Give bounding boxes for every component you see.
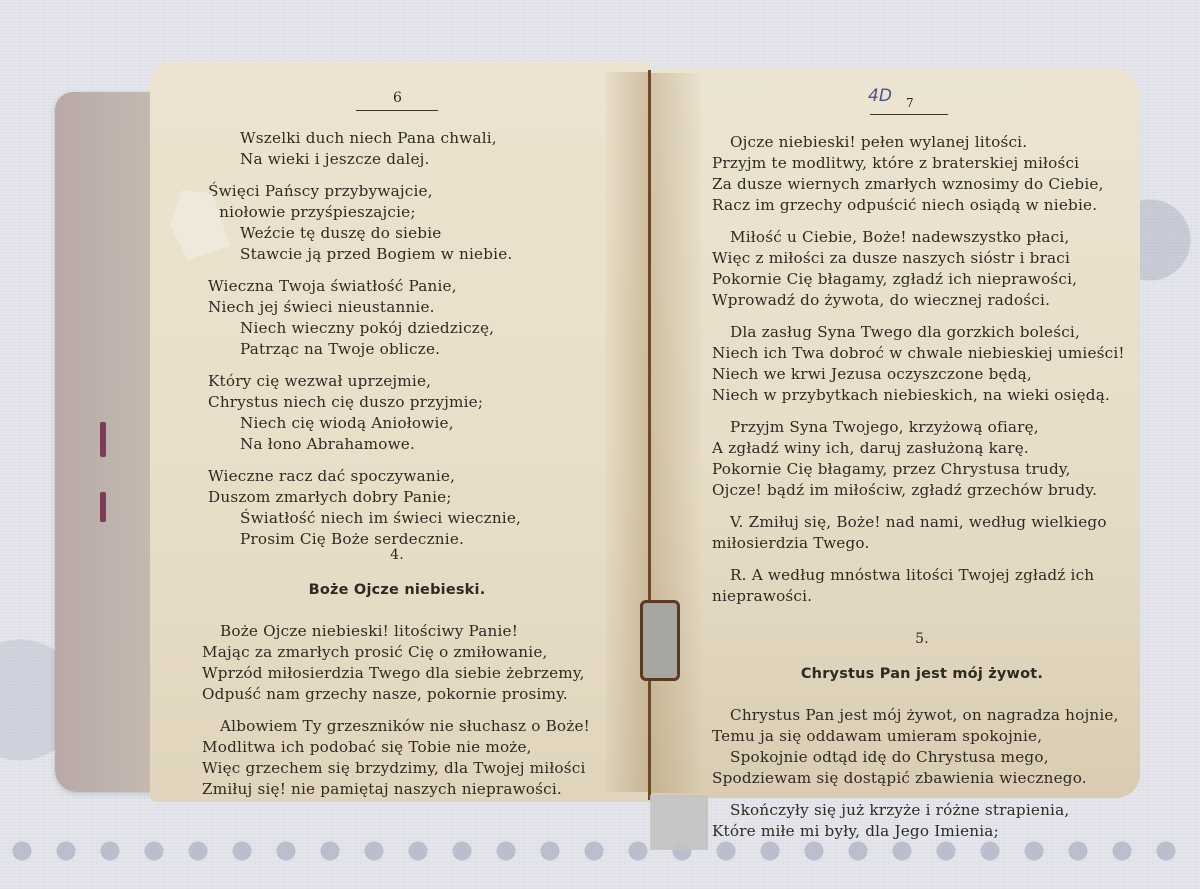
response-line: R. A według mnóstwa litości Twojej zgład…	[712, 565, 1132, 586]
verse-line: Duszom zmarłych dobry Panie;	[208, 487, 620, 508]
hymn-number: 5.	[712, 629, 1132, 650]
hymn-title: Boże Ojcze niebieski.	[202, 580, 592, 601]
versicle-line: V. Zmiłuj się, Boże! nad nami, według wi…	[712, 512, 1132, 533]
verse-line: Patrząc na Twoje oblicze.	[208, 339, 620, 360]
verse-line: Więc z miłości za dusze naszych sióstr i…	[712, 248, 1132, 269]
verse-line: Ojcze niebieski! pełen wylanej litości.	[712, 132, 1132, 153]
header-rule	[356, 110, 438, 111]
verse-line: Chrystus Pan jest mój żywot, on nagradza…	[712, 705, 1132, 726]
versicle-line: miłosierdzia Twego.	[712, 533, 1132, 554]
verse-line: A zgładź winy ich, daruj zasłużoną karę.	[712, 438, 1132, 459]
stanza: Boże Ojcze niebieski! litościwy Panie! M…	[202, 621, 592, 705]
verse-line: Ojcze! bądź im miłościw, zgładź grzechów…	[712, 480, 1132, 501]
versicle: V. Zmiłuj się, Boże! nad nami, według wi…	[712, 512, 1132, 554]
verse-line: Na wieki i jeszcze dalej.	[240, 149, 620, 170]
response: R. A według mnóstwa litości Twojej zgład…	[712, 565, 1132, 607]
verse-line: Racz im grzechy odpuścić niech osiądą w …	[712, 195, 1132, 216]
handwritten-note: 4D	[868, 86, 892, 106]
verse-line: Stawcie ją przed Bogiem w niebie.	[208, 244, 620, 265]
verse-line: Zmiłuj się! nie pamiętaj naszych niepraw…	[202, 779, 592, 800]
stanza: Przyjm Syna Twojego, krzyżową ofiarę, A …	[712, 417, 1132, 501]
verse-line: Modlitwa ich podobać się Tobie nie może,	[202, 737, 592, 758]
verse-line: Pokornie Cię błagamy, zgładź ich niepraw…	[712, 269, 1132, 290]
verse-line: Niech ich Twa dobroć w chwale niebieskie…	[712, 343, 1132, 364]
verse-line: Wieczna Twoja światłość Panie,	[208, 276, 620, 297]
verse-line: Niech we krwi Jezusa oczyszczone będą,	[712, 364, 1132, 385]
verse-line: Chrystus niech cię duszo przyjmie;	[208, 392, 620, 413]
verse-line: Dla zasług Syna Twego dla gorzkich boleś…	[712, 322, 1132, 343]
verse-line: Niech jej świeci nieustannie.	[208, 297, 620, 318]
verse-line: Odpuść nam grzechy nasze, pokornie prosi…	[202, 684, 592, 705]
page-number: 7	[906, 96, 914, 110]
verse-line: Wieczne racz dać spoczywanie,	[208, 466, 620, 487]
verse-line: Na łono Abrahamowe.	[208, 434, 620, 455]
hymn-title: Chrystus Pan jest mój żywot.	[712, 664, 1132, 685]
verse-line: Niech cię wiodą Aniołowie,	[208, 413, 620, 434]
stanza: Który cię wezwał uprzejmie, Chrystus nie…	[208, 371, 620, 455]
verse-line: Boże Ojcze niebieski! litościwy Panie!	[202, 621, 592, 642]
repair-tape	[640, 600, 680, 681]
header-rule	[870, 114, 948, 115]
response-line: nieprawości.	[712, 586, 1132, 607]
verse-line: Wprowadź do żywota, do wiecznej radości.	[712, 290, 1132, 311]
right-page: 4D 7 Ojcze niebieski! pełen wylanej lito…	[650, 68, 1140, 798]
hymn-4: 4. Boże Ojcze niebieski. Boże Ojcze nieb…	[202, 517, 592, 811]
tape-tab	[650, 795, 708, 850]
verse-line: Które miłe mi były, dla Jego Imienia;	[712, 821, 1132, 842]
verse-line: Skończyły się już krzyże i różne strapie…	[712, 800, 1132, 821]
verse-line: Miłość u Ciebie, Boże! nadewszystko płac…	[712, 227, 1132, 248]
stanza: Święci Pańscy przybywajcie, Aniołowie pr…	[208, 181, 620, 265]
left-page: 6 Wszelki duch niech Pana chwali, Na wie…	[150, 62, 650, 802]
verse-line: Niech wieczny pokój dziedziczę,	[208, 318, 620, 339]
stanza: Wieczna Twoja światłość Panie, Niech jej…	[208, 276, 620, 360]
verse-line: Temu ja się oddawam umieram spokojnie,	[712, 726, 1132, 747]
verse-line: Mając za zmarłych prosić Cię o zmiłowani…	[202, 642, 592, 663]
verse-line: Spodziewam się dostąpić zbawienia wieczn…	[712, 768, 1132, 789]
verse-line: Który cię wezwał uprzejmie,	[208, 371, 620, 392]
poem-body: Wszelki duch niech Pana chwali, Na wieki…	[240, 128, 620, 561]
stanza: Ojcze niebieski! pełen wylanej litości. …	[712, 132, 1132, 216]
verse-line: Wszelki duch niech Pana chwali,	[240, 128, 620, 149]
verse-line: Pokornie Cię błagamy, przez Chrystusa tr…	[712, 459, 1132, 480]
verse-line: Wprzód miłosierdzia Twego dla siebie żeb…	[202, 663, 592, 684]
verse-line: Spokojnie odtąd idę do Chrystusa mego,	[712, 747, 1132, 768]
verse-line: Więc grzechem się brzydzimy, dla Twojej …	[202, 758, 592, 779]
hymn-number: 4.	[202, 545, 592, 566]
verse-line: Święci Pańscy przybywajcie,	[208, 181, 620, 202]
verse-line: Weźcie tę duszę do siebie	[208, 223, 620, 244]
verse-line: Przyjm te modlitwy, które z braterskiej …	[712, 153, 1132, 174]
verse-line: Aniołowie przyśpieszajcie;	[208, 202, 620, 223]
verse-line: Albowiem Ty grzeszników nie słuchasz o B…	[202, 716, 592, 737]
ink-stain	[100, 492, 106, 522]
stanza: Chrystus Pan jest mój żywot, on nagradza…	[712, 705, 1132, 789]
stanza: Wszelki duch niech Pana chwali, Na wieki…	[240, 128, 620, 170]
stanza: Dla zasług Syna Twego dla gorzkich boleś…	[712, 322, 1132, 406]
book-spine	[648, 70, 651, 800]
stanza: Miłość u Ciebie, Boże! nadewszystko płac…	[712, 227, 1132, 311]
gutter-shadow	[650, 73, 700, 793]
verse-line: Przyjm Syna Twojego, krzyżową ofiarę,	[712, 417, 1132, 438]
prayer-body: Ojcze niebieski! pełen wylanej litości. …	[712, 132, 1132, 853]
stanza: Skończyły się już krzyże i różne strapie…	[712, 800, 1132, 842]
verse-line: Niech w przybytkach niebieskich, na wiek…	[712, 385, 1132, 406]
stanza: Albowiem Ty grzeszników nie słuchasz o B…	[202, 716, 592, 800]
verse-line: Za dusze wiernych zmarłych wznosimy do C…	[712, 174, 1132, 195]
ink-stain	[100, 422, 106, 457]
page-number: 6	[393, 90, 402, 106]
